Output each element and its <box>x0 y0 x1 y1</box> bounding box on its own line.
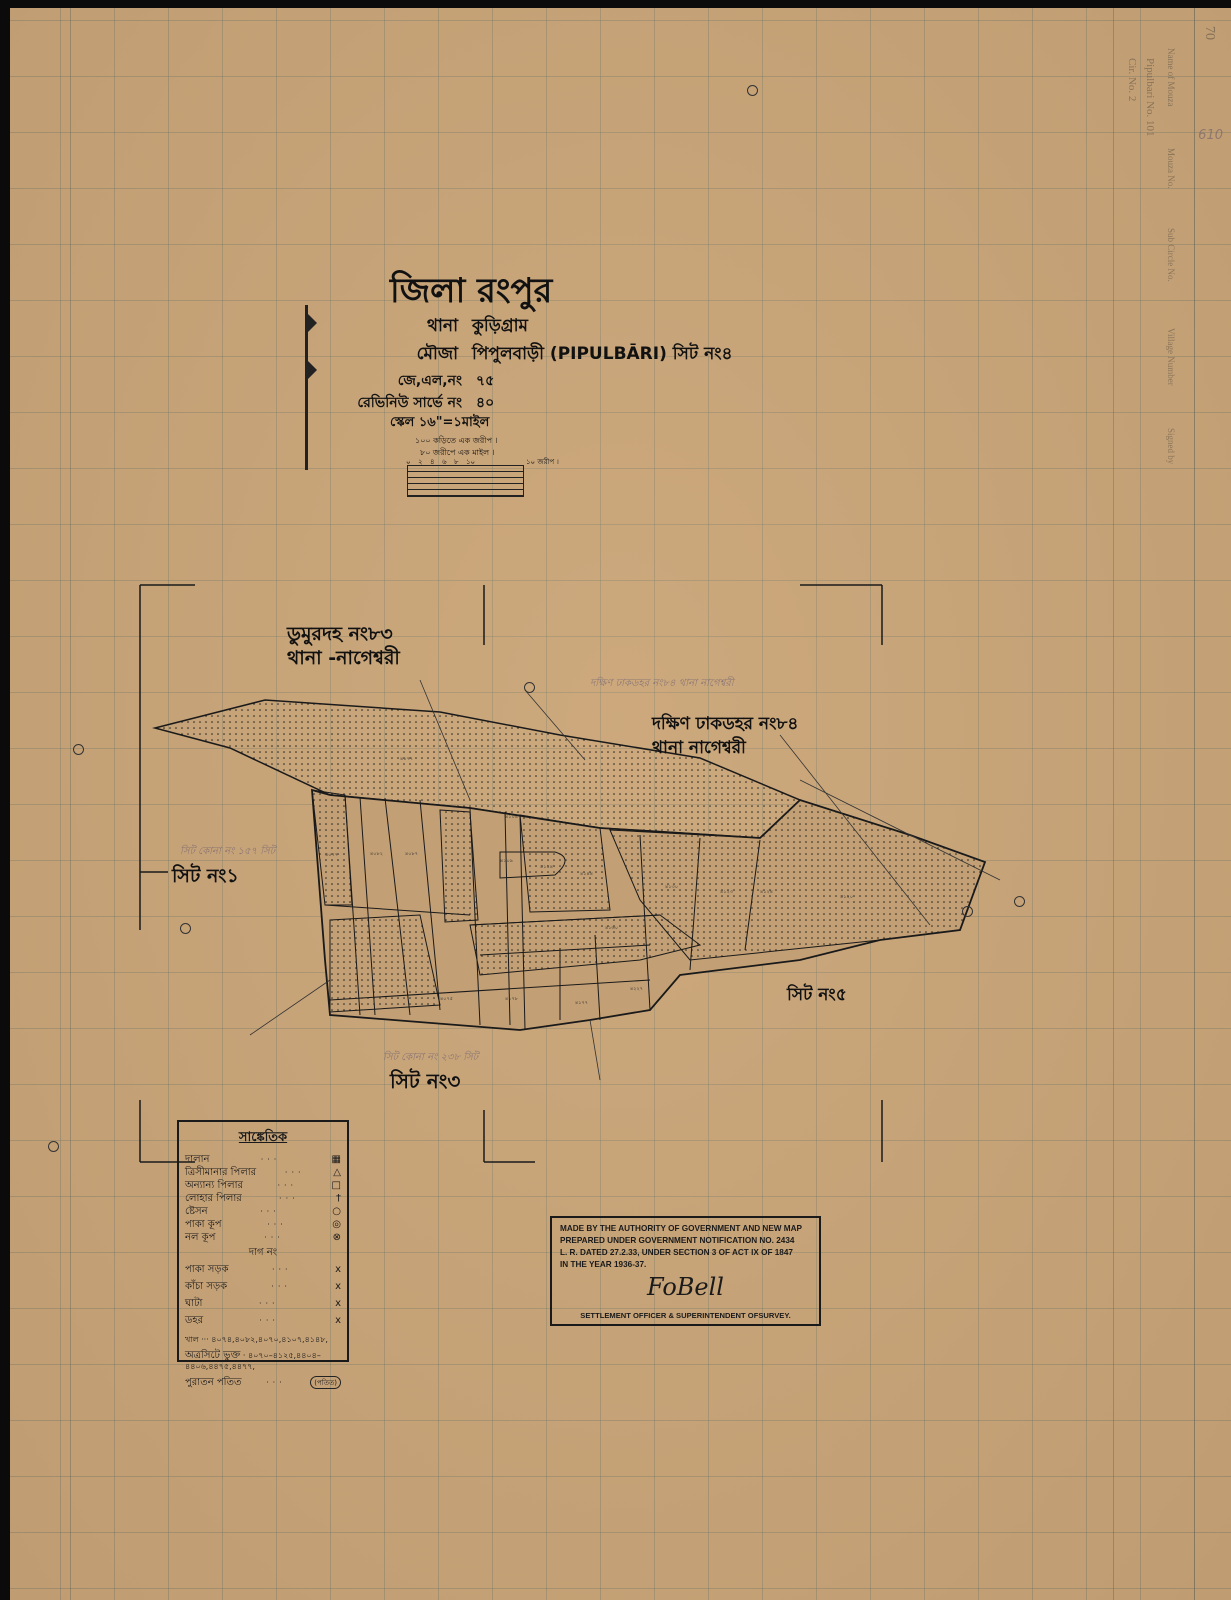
legend-other-sheet: অত্রসিটে ভুক্ত · ৪০৭০–৪১২৫,৪৪০৪–৪৪০৬,৪৪৭… <box>179 1350 347 1372</box>
mouza-value: পিপুলবাড়ী (PIPULBĀRI) সিট নং৪ <box>472 344 733 364</box>
svg-text:৪১২৪: ৪১২৪ <box>760 889 773 895</box>
double-circle-icon: ◎ <box>332 1218 341 1231</box>
register-hole-icon <box>73 744 84 755</box>
legend-box: সাঙ্কেতিক দালান···▦ ত্রিসীমানার পিলার···… <box>177 1120 349 1362</box>
legend-item: দালান···▦ <box>179 1153 347 1166</box>
svg-text:৪১৭৮: ৪১৭৮ <box>505 996 519 1002</box>
svg-text:৪০৮২: ৪০৮২ <box>370 851 383 857</box>
legend-item: ষ্টেসন···○ <box>179 1205 347 1218</box>
adjacent-north-label: ডুমুরদহ নং৮৩ থানা -নাগেশ্বরী <box>287 622 400 670</box>
register-hole-icon <box>747 85 758 96</box>
authority-line-4: IN THE YEAR 1936-37. <box>552 1259 819 1271</box>
legend-khal: খাল ··· ৪০৭৪,৪০৮২,৪০৭০,৪১০৭,৪১৪৮, <box>179 1334 347 1345</box>
legend-label: পাকা কূপ <box>185 1218 222 1231</box>
legend-dag-item: পাকা সড়ক···x <box>179 1263 347 1280</box>
mouza-label: মৌজা <box>330 341 458 369</box>
legend-item: লোহার পিলার···† <box>179 1192 347 1205</box>
legend-label: ষ্টেসন <box>185 1205 208 1218</box>
svg-text:৪১১৪: ৪১১৪ <box>540 864 553 870</box>
legend-label: নল কূপ <box>185 1231 215 1244</box>
fallow-symbol-icon: (পতিত) <box>310 1376 341 1389</box>
scale-end-label: ১০ জরীপ । <box>526 456 559 468</box>
thana-label: থানা <box>330 313 458 341</box>
svg-text:৪১০৪: ৪১০৪ <box>505 814 518 820</box>
authority-line-3: L. R. DATED 27.2.33, UNDER SECTION 3 OF … <box>552 1247 819 1259</box>
legend-label: পুরাতন পতিত <box>185 1376 242 1389</box>
thana-value: কুড়িগ্রাম <box>472 316 528 336</box>
authority-box: MADE BY THE AUTHORITY OF GOVERNMENT AND … <box>550 1216 821 1326</box>
legend-label: দালান <box>185 1153 209 1166</box>
scale-bar: ০ ২ ৪ ৬ ৮ ১০ ১০ জরীপ । <box>407 465 524 497</box>
svg-text:৪০৭৭: ৪০৭৭ <box>325 852 338 858</box>
pencil-note-west: সিট কোনা নং ১৫৭ সিট <box>180 844 275 861</box>
rs-label: রেভিনিউ সার্ভে নং <box>330 391 462 415</box>
svg-text:৪১২০: ৪১২০ <box>840 894 853 900</box>
svg-text:৪১৪৪: ৪১৪৪ <box>580 871 593 877</box>
svg-text:৪১৬০: ৪১৬০ <box>605 925 618 931</box>
adjacent-northeast-thana: থানা নাগেশ্বরী <box>652 736 798 760</box>
triangle-icon: △ <box>333 1166 341 1179</box>
svg-text:৪১৭৭: ৪১৭৭ <box>575 1000 588 1006</box>
legend-value: x <box>335 1314 341 1331</box>
square-icon: □ <box>332 1179 341 1192</box>
legend-value: x <box>335 1263 341 1280</box>
jl-value: ৭৫ <box>476 373 494 389</box>
legend-label: লোহার পিলার <box>185 1192 242 1205</box>
legend-dag-item: ঘাটা···x <box>179 1297 347 1314</box>
svg-text:৪০৮৭: ৪০৮৭ <box>405 851 418 857</box>
jl-label: জে,এল,নং <box>330 369 462 393</box>
scale-tick: ৮ <box>454 456 459 468</box>
rs-row: রেভিনিউ সার্ভে নং৪০ <box>330 391 494 415</box>
legend-label: ঘাটা <box>185 1297 202 1314</box>
sheet-5-label: সিট নং৫ <box>787 982 847 1010</box>
sheet-3-label: সিট নং৩ <box>390 1067 460 1100</box>
authority-line-2: PREPARED UNDER GOVERNMENT NOTIFICATION N… <box>552 1235 819 1247</box>
svg-text:৪০৭৫: ৪০৭৫ <box>440 996 453 1002</box>
pencil-note-south: সিট কোনা নং ২৩৮ সিট <box>383 1050 478 1067</box>
legend-item: নল কূপ···⊗ <box>179 1231 347 1244</box>
legend-label: পাকা সড়ক <box>185 1263 229 1280</box>
north-arrow <box>305 305 308 470</box>
legend-title: সাঙ্কেতিক <box>179 1128 347 1149</box>
scale-tick: ১০ <box>466 456 475 468</box>
crossed-circle-icon: ⊗ <box>333 1231 341 1244</box>
authority-line-1: MADE BY THE AUTHORITY OF GOVERNMENT AND … <box>552 1223 819 1235</box>
rs-value: ৪০ <box>476 395 494 411</box>
adjacent-northeast-name: দক্ষিণ ঢাকডহর নং৮৪ <box>652 712 798 736</box>
svg-text:৪১২৩: ৪১২৩ <box>720 889 734 895</box>
register-hole-icon <box>180 923 191 934</box>
legend-item: পাকা কূপ···◎ <box>179 1218 347 1231</box>
legend-label: অন্যান্য পিলার <box>185 1179 243 1192</box>
legend-label: ত্রিসীমানার পিলার <box>185 1166 256 1179</box>
legend-old-fallow: পুরাতন পতিত···(পতিত) <box>179 1376 347 1389</box>
legend-value: x <box>335 1280 341 1297</box>
adjacent-north-thana: থানা -নাগেশ্বরী <box>287 646 400 670</box>
svg-text:৪১০৯: ৪১০৯ <box>500 858 513 864</box>
legend-item: অন্যান্য পিলার···□ <box>179 1179 347 1192</box>
building-icon: ▦ <box>332 1153 341 1166</box>
mouza-row: মৌজাপিপুলবাড়ী (PIPULBĀRI) সিট নং৪ <box>330 341 733 369</box>
register-hole-icon <box>962 906 973 917</box>
register-hole-icon <box>48 1141 59 1152</box>
legend-item: ত্রিসীমানার পিলার···△ <box>179 1166 347 1179</box>
legend-dag-header: দাগ নং <box>179 1245 347 1262</box>
officer-signature: FoBell <box>552 1273 819 1303</box>
thana-row: থানাকুড়িগ্রাম <box>330 313 528 341</box>
scale-title: স্কেল ১৬"=১মাইল <box>390 413 489 434</box>
scale-tick: ২ <box>418 456 423 468</box>
station-icon <box>524 682 535 693</box>
svg-text:৪০৭৭: ৪০৭৭ <box>400 756 413 762</box>
legend-label: কাঁচা সড়ক <box>185 1280 227 1297</box>
scale-tick: ৬ <box>442 456 447 468</box>
legend-label: অত্রসিটে ভুক্ত <box>185 1350 240 1361</box>
adjacent-north-name: ডুমুরদহ নং৮৩ <box>287 622 400 646</box>
dagger-icon: † <box>336 1192 341 1205</box>
legend-label: খাল <box>185 1335 199 1344</box>
svg-text:৪২২৭: ৪২২৭ <box>630 986 643 992</box>
legend-label: ডহর <box>185 1314 203 1331</box>
scale-tick: ০ <box>406 456 411 468</box>
legend-value: x <box>335 1297 341 1314</box>
adjacent-northeast-label: দক্ষিণ ঢাকডহর নং৮৪ থানা নাগেশ্বরী <box>652 712 798 760</box>
circle-icon: ○ <box>332 1205 341 1218</box>
legend-dag-item: ডহর···x <box>179 1314 347 1331</box>
register-hole-icon <box>1014 896 1025 907</box>
jl-row: জে,এল,নং৭৫ <box>330 369 494 393</box>
legend-dag-item: কাঁচা সড়ক···x <box>179 1280 347 1297</box>
legend-value: ৪০৭৪,৪০৮২,৪০৭০,৪১০৭,৪১৪৮, <box>211 1335 328 1344</box>
scale-tick: ৪ <box>430 456 435 468</box>
svg-text:৪১৩০: ৪১৩০ <box>665 884 678 890</box>
authority-footer: SETTLEMENT OFFICER & SUPERINTENDENT OFSU… <box>552 1311 819 1320</box>
pencil-note-northeast: দক্ষিণ ঢাকডহর নং৮৪ থানা নাগেশ্বরী <box>590 676 734 693</box>
sheet-1-label: সিট নং১ <box>172 862 239 894</box>
